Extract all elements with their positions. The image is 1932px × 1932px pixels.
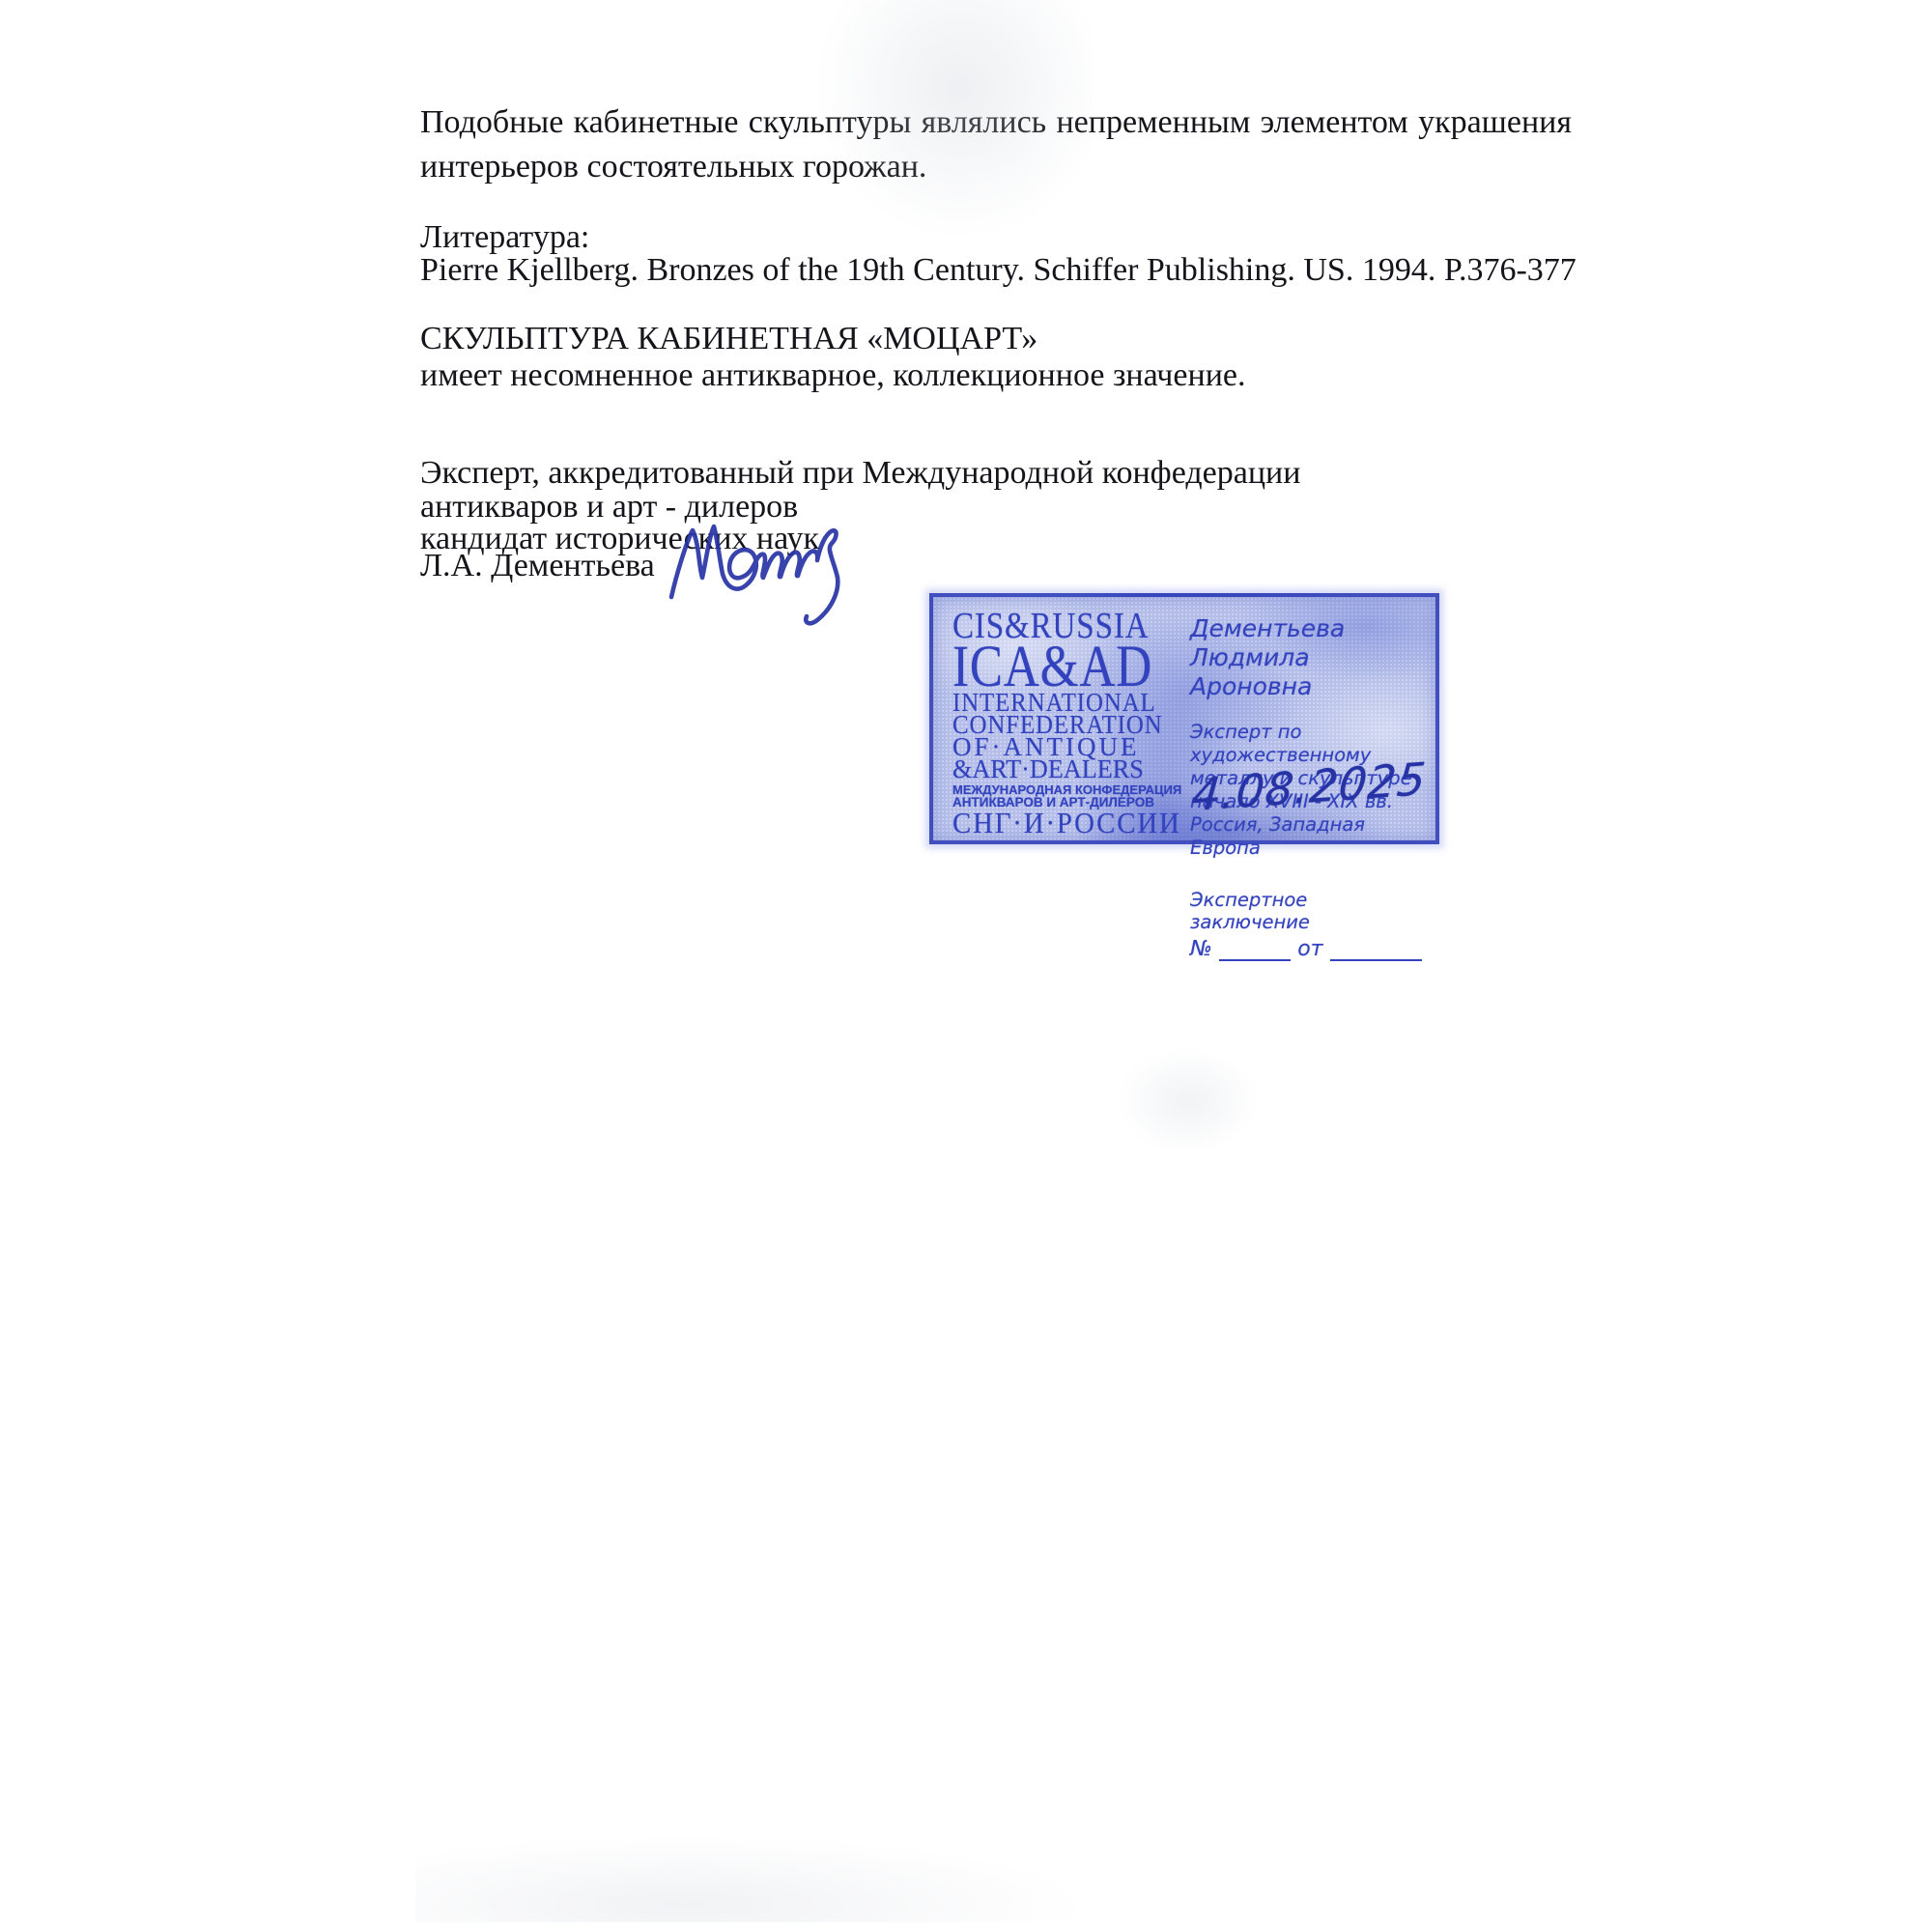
stamp-date-preposition: от — [1297, 937, 1322, 961]
stamp-logo-block: CIS&RUSSIA ICA&AD INTERNATIONAL CONFEDER… — [952, 609, 1161, 837]
stamp-icaad-logo-line: ICA&AD — [952, 643, 1127, 692]
stamp-number-line: № от — [1190, 937, 1422, 961]
intro-paragraph-line-1: Подобные кабинетные скульптуры являлись … — [420, 100, 1572, 145]
stamp-confederation-line: CONFEDERATION — [952, 714, 1145, 736]
stamp-conclusion-label: Экспертное заключение — [1190, 889, 1422, 933]
icaad-confederation-stamp: CIS&RUSSIA ICA&AD INTERNATIONAL CONFEDER… — [929, 593, 1439, 844]
stamp-art-dealers-line: &ART·DEALERS — [952, 758, 1155, 781]
intro-paragraph-line-2: интерьеров состоятельных горожан. — [420, 145, 1572, 189]
sculpture-title-note: имеет несомненное антикварное, коллекцио… — [420, 356, 1245, 395]
scanned-document-page: Подобные кабинетные скульптуры являлись … — [0, 0, 1932, 1932]
stamp-number-sign: № — [1190, 937, 1212, 961]
expert-accreditation-line-1: Эксперт, аккредитованный при Международн… — [420, 454, 1300, 493]
literature-entry: Pierre Kjellberg. Bronzes of the 19th Ce… — [420, 251, 1577, 290]
stamp-expert-surname: Дементьева — [1190, 614, 1422, 643]
stamp-number-blank-line — [1219, 938, 1291, 961]
stamp-specialty-line-4: Россия, Западная Европа — [1190, 813, 1422, 860]
stamp-cis-and-russia-ru-line: СНГ·И·РОССИИ — [952, 810, 1147, 837]
scan-artifact — [415, 1835, 1092, 1922]
sculpture-title: СКУЛЬПТУРА КАБИНЕТНАЯ «МОЦАРТ» — [420, 320, 1037, 358]
expert-name-line: Л.А. Дементьева — [420, 547, 655, 585]
scan-artifact — [1111, 1043, 1265, 1159]
stamp-date-blank-line — [1330, 938, 1422, 961]
stamp-expert-given-names: Людмила Ароновна — [1190, 643, 1422, 701]
handwritten-signature — [663, 518, 860, 636]
intro-paragraph: Подобные кабинетные скульптуры являлись … — [420, 100, 1572, 189]
